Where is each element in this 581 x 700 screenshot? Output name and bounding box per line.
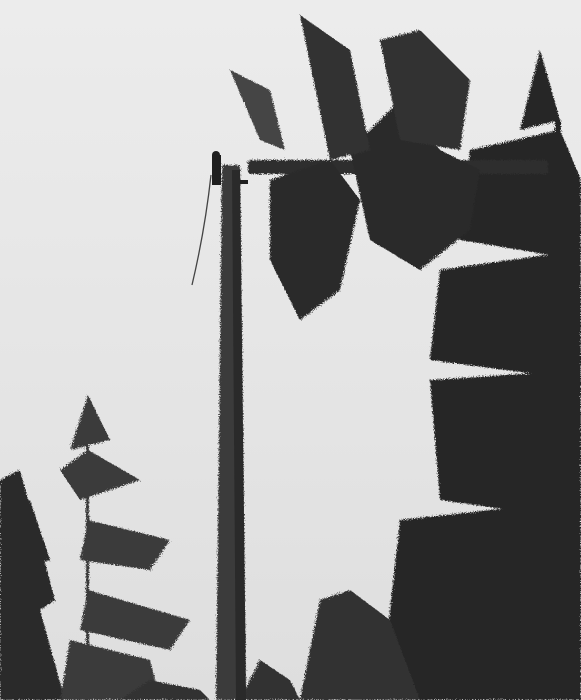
topped-trunk [216, 165, 246, 700]
left-fir-tree [0, 470, 65, 700]
left-sparse-tree [60, 395, 190, 700]
scene-drawing [0, 0, 581, 700]
photograph [0, 0, 581, 700]
climbing-rope [192, 175, 211, 285]
